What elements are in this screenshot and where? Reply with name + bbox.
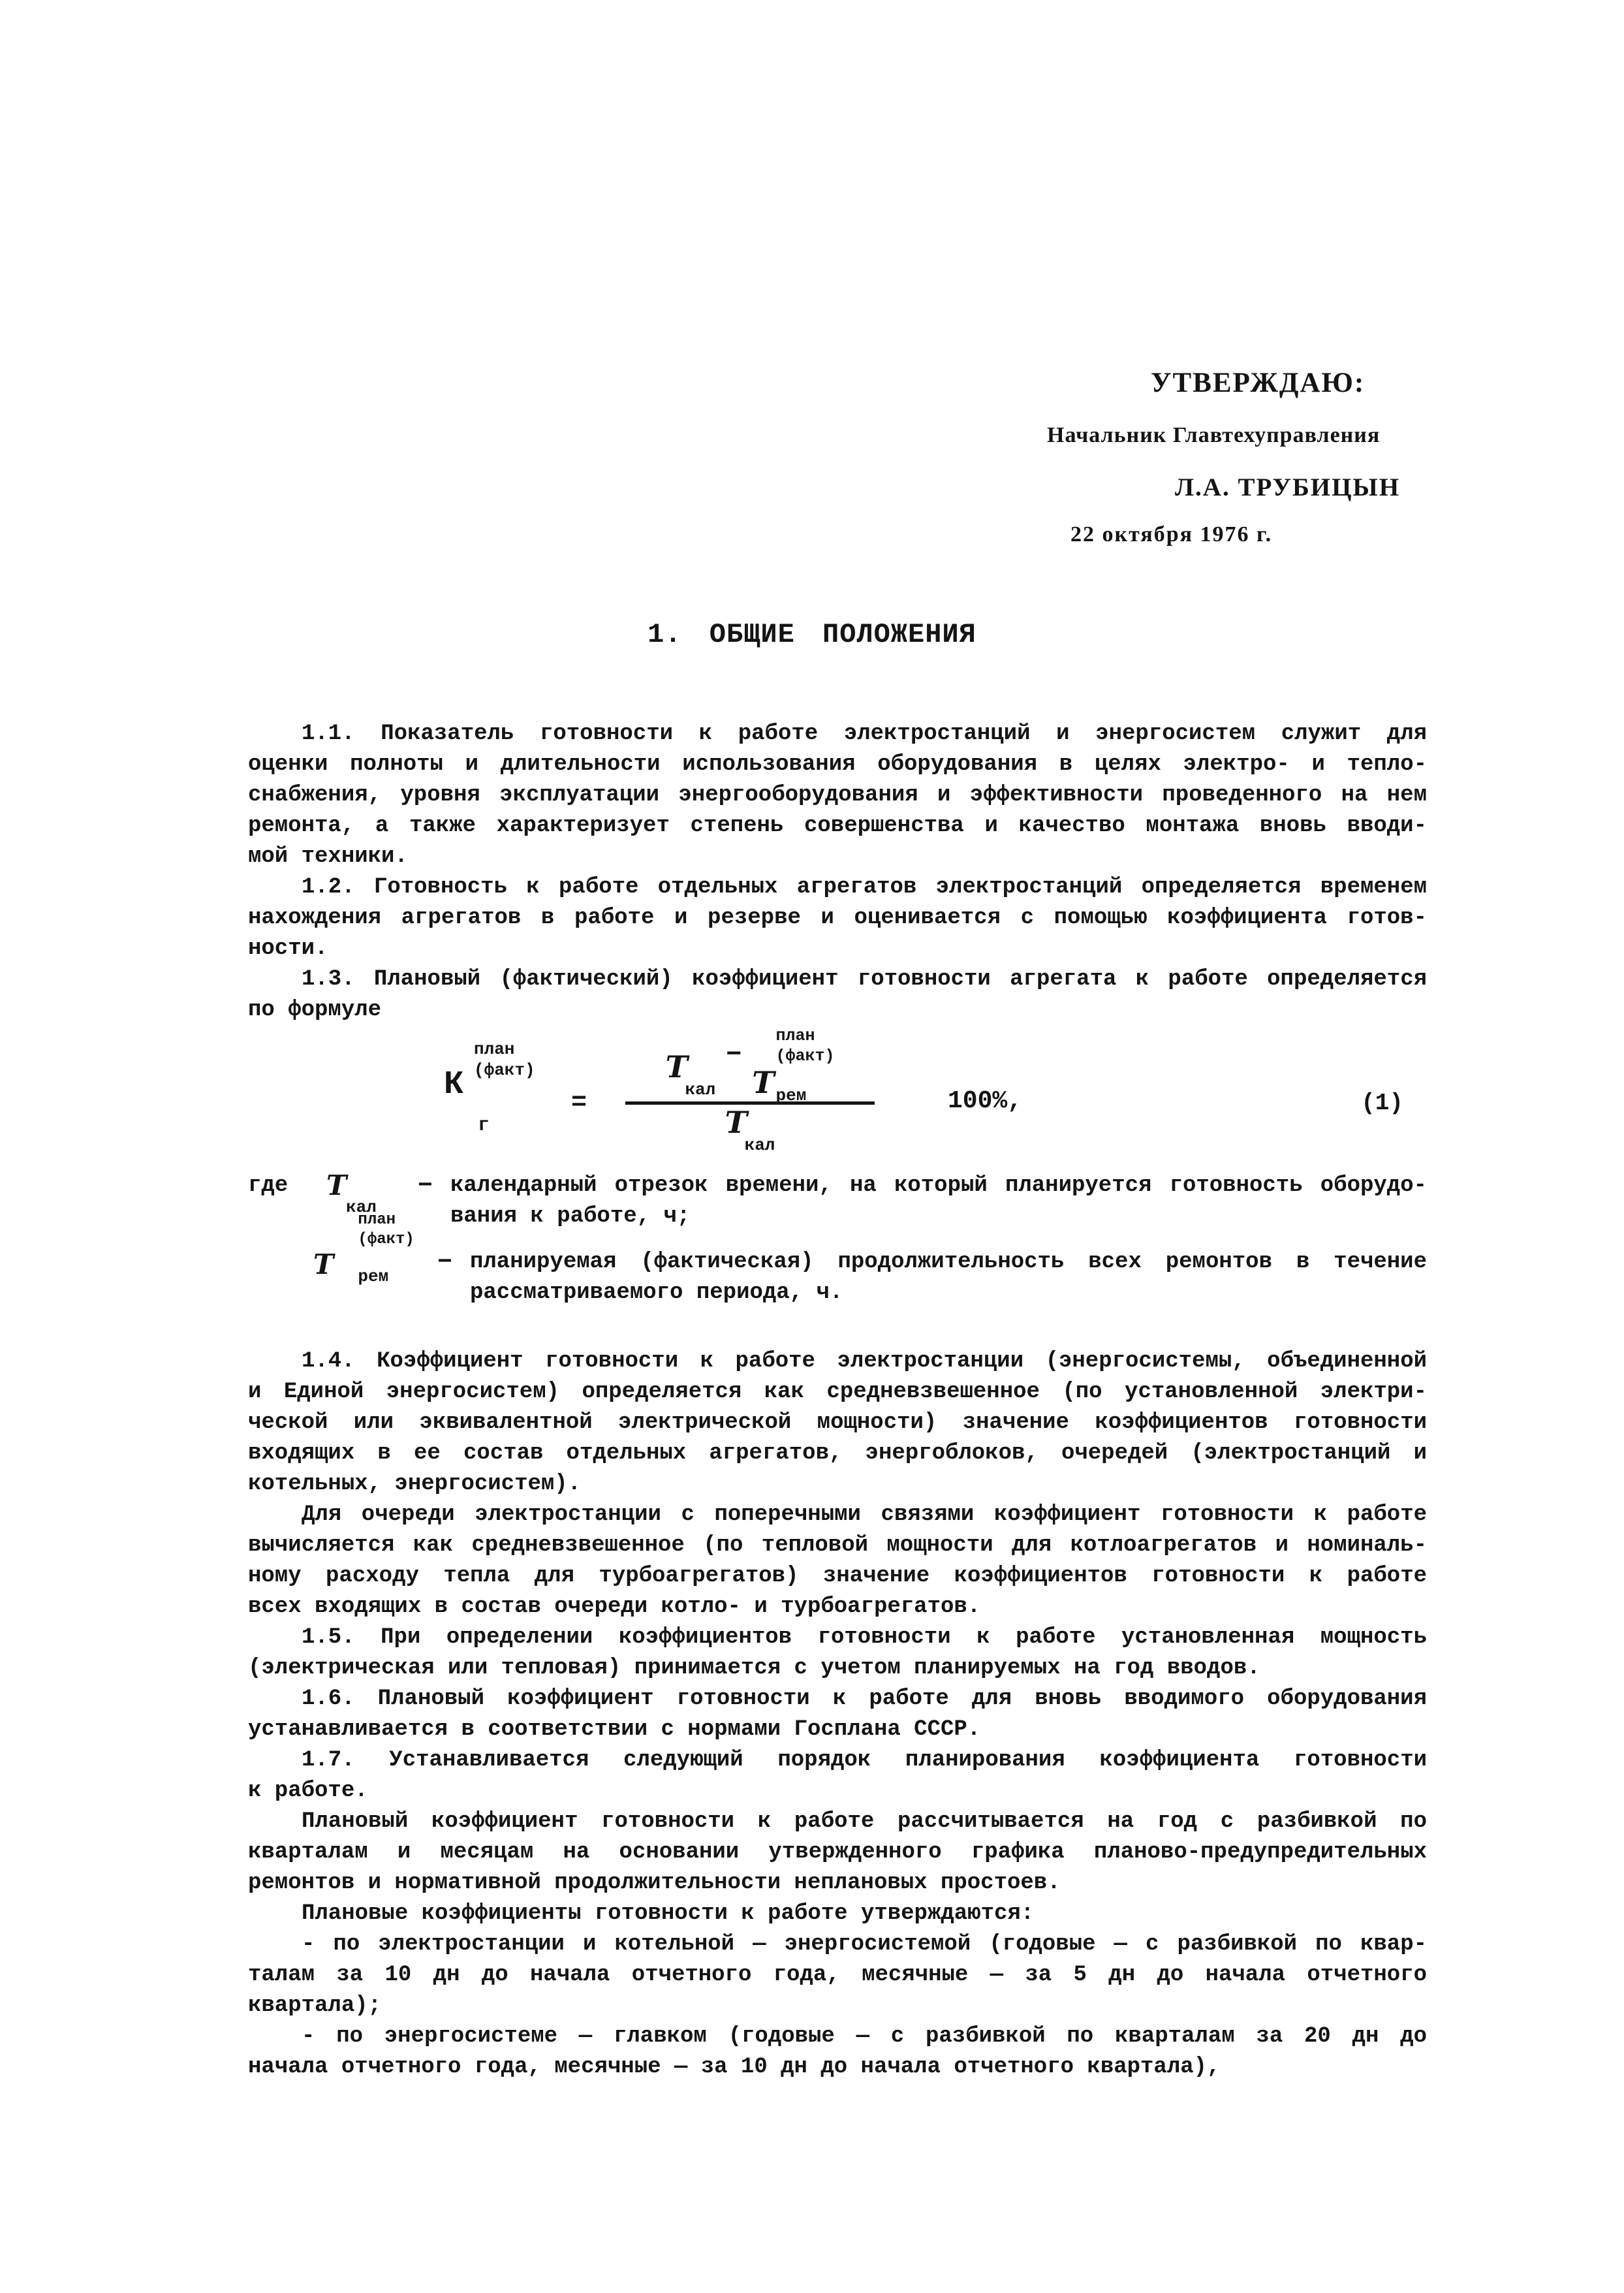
text-line: 1.4. Коэффициент готовности к работе эле… (248, 1346, 1427, 1377)
approval-date: 22 октября 1976 г. (1070, 522, 1272, 547)
coefficient-k-term: план (факт) К г (444, 1039, 574, 1143)
paragraph-planned-coefficient: Плановый коэффициент готовности к работе… (248, 1807, 1427, 1899)
text-line: 1.2. Готовность к работе отдельных агрег… (248, 872, 1427, 903)
text-line: оценки полноты и длительности использова… (248, 750, 1427, 780)
text-line: входящих в ее состав отдельных агрегатов… (248, 1438, 1427, 1469)
paragraph-approved: Плановые коэффициенты готовности к работ… (248, 1899, 1427, 1929)
text-line: и Единой энергосистем) определяется как … (248, 1377, 1427, 1408)
t-rem-sup-fact: (факт) (776, 1046, 835, 1066)
text-line: кварталам и месяцам на основании утвержд… (248, 1837, 1427, 1868)
text-line: ремонтов и нормативной продолжительности… (248, 1868, 1427, 1899)
grid-spacer (313, 1230, 356, 1250)
section-title: 1. ОБЩИЕ ПОЛОЖЕНИЯ (42, 619, 1582, 650)
k-subscript: г (478, 1115, 490, 1137)
paragraph-1-6: 1.6. Плановый коэффициент готовности к р… (248, 1684, 1427, 1745)
list-item-power-station: - по электростанции и котельной — энерго… (248, 1929, 1427, 2021)
text-line: рассматриваемого периода, ч. (470, 1278, 1427, 1308)
text-line: - по электростанции и котельной — энерго… (248, 1929, 1427, 1960)
symbol-t-kal-denominator: Т кал (725, 1106, 775, 1154)
paragraph-1-3: 1.3. Плановый (фактический) коэффициент … (248, 964, 1427, 1026)
text-line: ремонта, а также характеризует степень с… (248, 811, 1427, 842)
paragraph-1-5: 1.5. При определении коэффициентов готов… (248, 1622, 1427, 1684)
paragraph-1-4: 1.4. Коэффициент готовности к работе эле… (248, 1346, 1427, 1500)
fraction-numerator: Т кал − план (факт) Т рем (625, 1026, 875, 1099)
symbol-t-rem: план (факт) Т рем (313, 1210, 437, 1280)
symbol-t-kal: Т кал (665, 1051, 715, 1099)
text-line: снабжения, уровня эксплуатации энергообо… (248, 780, 1427, 811)
text-line: 1.7. Устанавливается следующий порядок п… (248, 1745, 1427, 1776)
approval-name: Л.А. ТРУБИЦЫН (1175, 473, 1400, 502)
text-line: - по энергосистеме — главком (годовые — … (248, 2021, 1427, 2052)
text-line: 1.1. Показатель готовности к работе элек… (248, 719, 1427, 750)
definition-dash: − (437, 1247, 470, 1278)
text-line: котельных, энергосистем). (248, 1469, 1427, 1500)
text-line: Плановый коэффициент готовности к работе… (248, 1807, 1427, 1837)
document-body: 1.1. Показатель готовности к работе элек… (248, 719, 1427, 2083)
t-rem-sup-plan: план (358, 1210, 437, 1230)
k-sup-plan: план (474, 1039, 514, 1060)
paragraph-1-1: 1.1. Показатель готовности к работе элек… (248, 719, 1427, 872)
list-item-energy-system: - по энергосистеме — главком (годовые — … (248, 2021, 1427, 2083)
definition-dash: − (418, 1171, 450, 1201)
equation-number: (1) (1361, 1090, 1403, 1116)
formula-availability-coefficient: план (факт) К г = Т кал − план (248, 1026, 1427, 1156)
symbol-t-kal: Т кал (326, 1171, 418, 1216)
where-label: где (248, 1171, 326, 1201)
text-line: Для очереди электростанции с поперечными… (248, 1500, 1427, 1530)
definition-t-rem: план (факт) Т рем − планируемая (фактиче… (248, 1210, 1427, 1308)
text-line: ности. (248, 934, 1427, 964)
paragraph-1-2: 1.2. Готовность к работе отдельных агрег… (248, 872, 1427, 964)
grid-spacer (752, 1046, 774, 1066)
t-rem-sup-fact: (факт) (358, 1230, 437, 1250)
k-sup-fact: (факт) (474, 1060, 535, 1081)
after-formula-paragraphs: 1.4. Коэффициент готовности к работе эле… (248, 1346, 1427, 2083)
text-line: по формуле (248, 995, 1427, 1026)
text-line: начала отчетного года, месячные — за 10 … (248, 2052, 1427, 2083)
percent-factor: 100%, (948, 1087, 1022, 1115)
approval-position: Начальник Главтехуправления (1047, 423, 1380, 448)
text-line: ческой или эквивалентной электрической м… (248, 1408, 1427, 1438)
t-rem-sup-plan: план (776, 1026, 835, 1046)
text-line: Плановые коэффициенты готовности к работ… (248, 1899, 1427, 1929)
text-line: устанавливается в соответствии с нормами… (248, 1715, 1427, 1745)
fraction: Т кал − план (факт) Т рем (625, 1026, 875, 1154)
text-line: 1.3. Плановый (фактический) коэффициент … (248, 964, 1427, 995)
symbol-t-rem: план (факт) Т рем (752, 1026, 834, 1099)
text-line: ному расходу тепла для турбоагрегатов) з… (248, 1561, 1427, 1592)
fraction-denominator: Т кал (625, 1105, 875, 1154)
text-line: 1.5. При определении коэффициентов готов… (248, 1622, 1427, 1653)
definition-text: планируемая (фактическая) продолжительно… (470, 1210, 1427, 1308)
grid-spacer (752, 1026, 774, 1046)
k-superscripts: план (факт) (474, 1039, 535, 1081)
approval-stamp: УТВЕРЖДАЮ: (1151, 367, 1365, 399)
paragraph-queue: Для очереди электростанции с поперечными… (248, 1500, 1427, 1622)
text-line: квартала); (248, 1991, 1427, 2021)
text-line: (электрическая или тепловая) принимается… (248, 1653, 1427, 1684)
text-line: к работе. (248, 1776, 1427, 1807)
text-line: всех входящих в состав очереди котло- и … (248, 1592, 1427, 1622)
text-line: календарный отрезок времени, на который … (450, 1171, 1427, 1201)
grid-spacer (313, 1210, 356, 1230)
paragraph-1-7: 1.7. Устанавливается следующий порядок п… (248, 1745, 1427, 1807)
text-line: 1.6. Плановый коэффициент готовности к р… (248, 1684, 1427, 1715)
text-line: мой техники. (248, 842, 1427, 872)
equals-sign: = (571, 1088, 587, 1118)
minus-sign: − (726, 1041, 742, 1070)
k-symbol: К (444, 1067, 463, 1103)
document-page: УТВЕРЖДАЮ: Начальник Главтехуправления Л… (0, 0, 1624, 2293)
text-line: планируемая (фактическая) продолжительно… (470, 1247, 1427, 1278)
text-line: талам за 10 дн до начала отчетного года,… (248, 1960, 1427, 1991)
text-line: вычисляется как средневзвешенное (по теп… (248, 1530, 1427, 1561)
text-line: нахождения агрегатов в работе и резерве … (248, 903, 1427, 934)
